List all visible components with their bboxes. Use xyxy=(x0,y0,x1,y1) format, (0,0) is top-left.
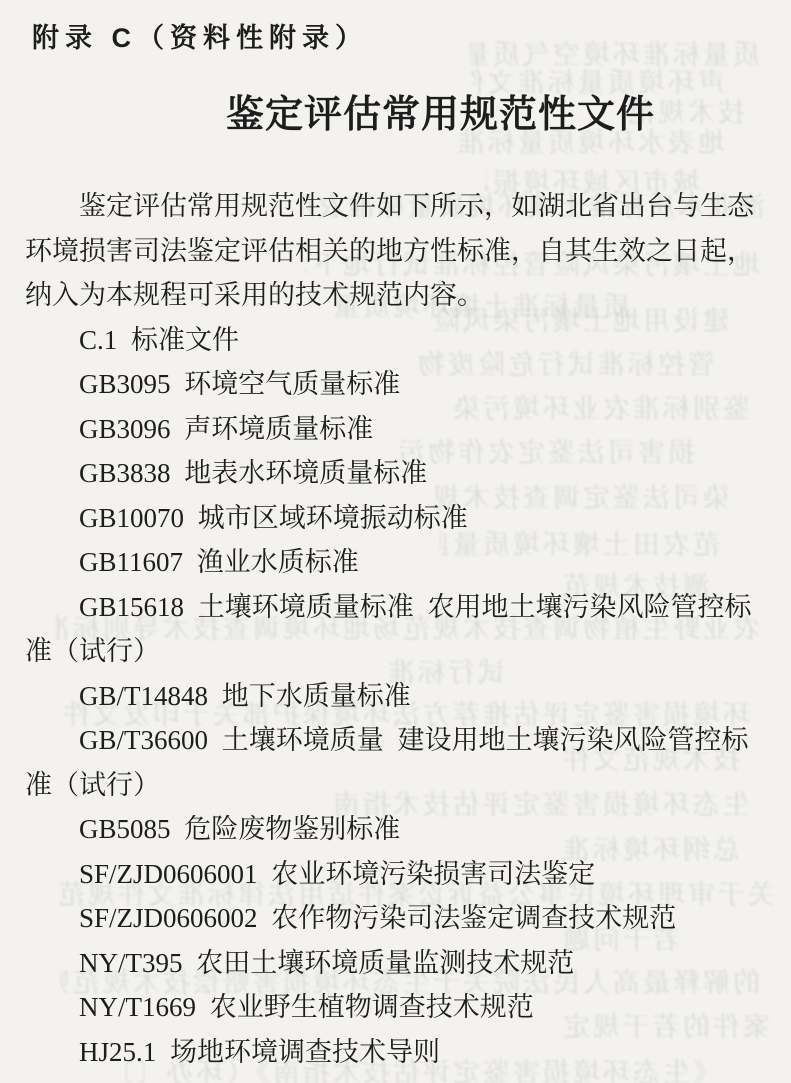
intro-line: 纳入为本规程可采用的技术规范内容。 xyxy=(25,273,773,318)
standard-entry-line: GB15618 土壤环境质量标准 农用地土壤污染风险管控标 xyxy=(25,585,773,630)
standard-entry-line: GB11607 渔业水质标准 xyxy=(25,540,773,585)
standard-entry-wrap-line: 准（试行） xyxy=(25,629,773,674)
document-page: 质量标准环境空气质量声环境质量标准文件技术规范地表水环境质量标准城市区域环境振动… xyxy=(0,0,791,1083)
standard-entry-line: GB10070 城市区域环境振动标准 xyxy=(25,496,773,541)
standard-entry-line: GB5085 危险废物鉴别标准 xyxy=(25,807,773,852)
standard-entry-line: GB3096 声环境质量标准 xyxy=(25,407,773,452)
document-body: 鉴定评估常用规范性文件如下所示，如湖北省出台与生态环境损害司法鉴定评估相关的地方… xyxy=(0,184,791,1074)
standard-entry-line: GB/T36600 土壤环境质量 建设用地土壤污染风险管控标 xyxy=(25,718,773,763)
intro-paragraph: 鉴定评估常用规范性文件如下所示，如湖北省出台与生态环境损害司法鉴定评估相关的地方… xyxy=(25,184,773,318)
page-content: 附录 C（资料性附录） 鉴定评估常用规范性文件 鉴定评估常用规范性文件如下所示，… xyxy=(0,0,791,1074)
standard-entry-line: NY/T1669 农业野生植物调查技术规范 xyxy=(25,985,773,1030)
intro-line: 环境损害司法鉴定评估相关的地方性标准，自其生效之日起， xyxy=(25,229,773,274)
standard-entry-line: NY/T395 农田土壤环境质量监测技术规范 xyxy=(25,941,773,986)
intro-line: 鉴定评估常用规范性文件如下所示，如湖北省出台与生态 xyxy=(25,184,773,229)
standard-entry-line: GB/T14848 地下水质量标准 xyxy=(25,674,773,719)
document-title: 鉴定评估常用规范性文件 xyxy=(0,92,791,138)
appendix-label: 附录 C（资料性附录） xyxy=(32,0,791,55)
standard-entry-line: HJ25.1 场地环境调查技术导则 xyxy=(25,1030,773,1075)
standards-list: GB3095 环境空气质量标准GB3096 声环境质量标准GB3838 地表水环… xyxy=(25,362,773,1074)
standard-entry-line: SF/ZJD0606002 农作物污染司法鉴定调查技术规范 xyxy=(25,896,773,941)
standard-entry-line: GB3095 环境空气质量标准 xyxy=(25,362,773,407)
section-heading: C.1 标准文件 xyxy=(25,318,773,363)
standard-entry-line: GB3838 地表水环境质量标准 xyxy=(25,451,773,496)
standard-entry-wrap-line: 准（试行） xyxy=(25,763,773,808)
standard-entry-line: SF/ZJD0606001 农业环境污染损害司法鉴定 xyxy=(25,852,773,897)
